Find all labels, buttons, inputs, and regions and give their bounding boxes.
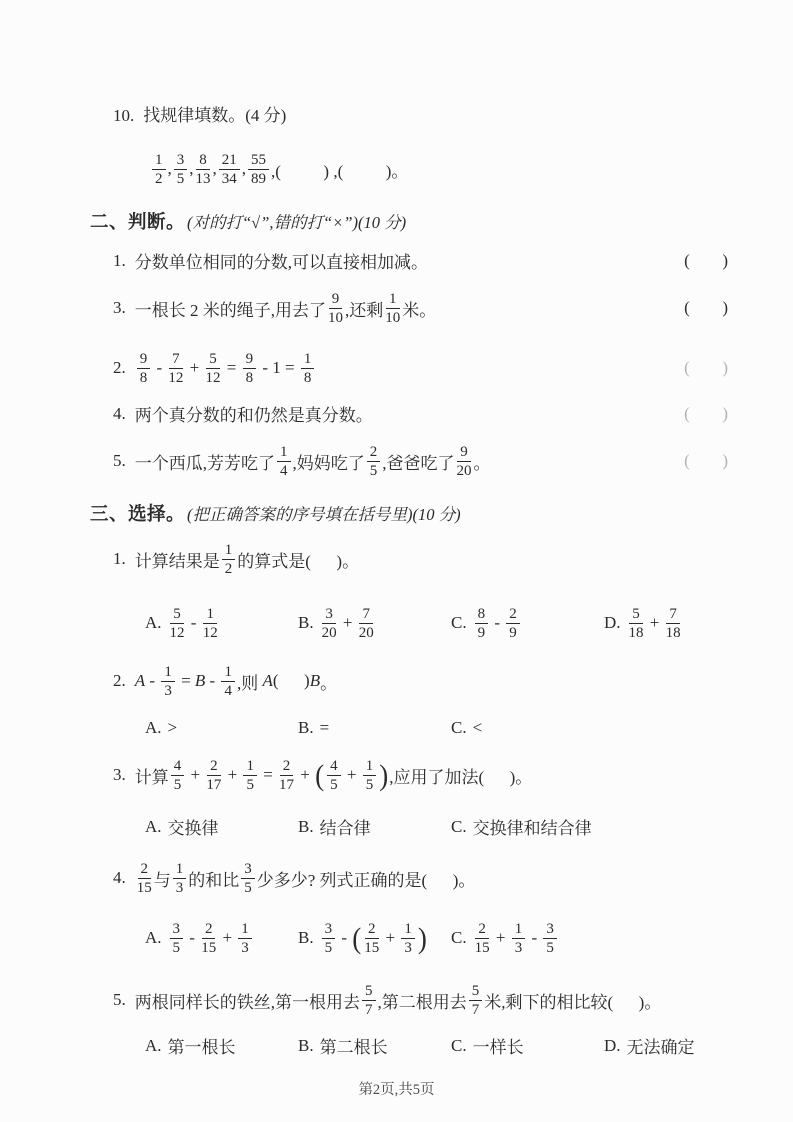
option-a-value: 512 - 112 — [168, 605, 220, 642]
judge-item-3: 3. 一根长 2 米的绳子,用去了910,还剩110米。 ( ) — [0, 285, 793, 331]
option-c: C. < — [451, 718, 482, 738]
question-10-title: 找规律填数。(4 分) — [143, 101, 286, 126]
choice-question-5-number: 5. — [113, 990, 126, 1010]
big-paren: ( — [352, 923, 361, 953]
math-text: 与 — [154, 866, 171, 891]
section-choice-title: 三、选择。 — [90, 500, 185, 526]
choice-question-2: 2. A - 13 = B - 14,则 A( )B。 — [0, 658, 793, 704]
fraction: 12 — [222, 542, 236, 578]
math-text: + — [218, 928, 236, 948]
math-text: 米。 — [402, 296, 436, 321]
judge-item-1-text: 分数单位相同的分数,可以直接相加减。 — [135, 248, 428, 273]
judge-item-2: 2. 98 - 712 + 512 = 98 - 1 = 18 ( ) — [0, 345, 793, 391]
option-a-value: 35 - 215 + 13 — [168, 920, 254, 957]
option-d-label: D. — [604, 613, 621, 633]
math-text: 交换律和结合律 — [473, 814, 592, 839]
choice-question-2-number: 2. — [113, 671, 126, 691]
math-text: ,第二根用去 — [378, 988, 467, 1013]
math-text: 两根同样长的铁丝,第一根用去 — [135, 988, 360, 1013]
fraction: 18 — [301, 351, 315, 387]
option-b-label: B. — [298, 1036, 314, 1056]
judge-item-1: 1. 分数单位相同的分数,可以直接相加减。 ( ) — [0, 248, 793, 273]
fraction: 112 — [203, 606, 218, 642]
choice-question-3-options: A. 交换律 B. 结合律 C. 交换律和结合律 — [0, 814, 793, 839]
answer-bracket: ( ) — [684, 298, 729, 318]
math-text: - — [187, 613, 201, 633]
option-c-label: C. — [451, 718, 467, 738]
math-text: 。 — [320, 669, 337, 694]
exam-paper-page: 10. 找规律填数。(4 分) 12,35,813,2134,5589,( ) … — [0, 0, 793, 1122]
option-d-value: 518 + 718 — [627, 605, 683, 642]
option-d: D. 无法确定 — [604, 1033, 695, 1058]
option-c: C. 一样长 — [451, 1033, 604, 1058]
fraction: 215 — [201, 921, 216, 957]
choice-question-3: 3. 计算45 + 217 + 15 = 217 + (45 + 15),应用了… — [0, 752, 793, 798]
option-a-value: 交换律 — [168, 814, 219, 839]
answer-bracket: ( ) — [684, 404, 729, 424]
fraction: 712 — [168, 351, 183, 387]
fraction: 512 — [206, 351, 221, 387]
fraction: 217 — [206, 758, 221, 794]
option-a-value: > — [168, 718, 178, 738]
option-c-label: C. — [451, 928, 467, 948]
big-paren: ) — [379, 760, 388, 790]
fraction: 15 — [243, 758, 257, 794]
math-text: 计算结果是 — [135, 547, 220, 572]
fraction: 910 — [328, 291, 343, 327]
question-10-number: 10. — [113, 106, 134, 126]
math-text: - — [152, 358, 166, 378]
math-text: 的和比 — [188, 866, 239, 891]
choice-question-1-options: A. 512 - 112 B. 320 + 720 C. 89 - 29 D. … — [0, 600, 793, 646]
answer-bracket: ( ) — [684, 451, 729, 471]
math-text: > — [168, 718, 178, 738]
option-b-value: 第二根长 — [320, 1033, 388, 1058]
section-judge-title: 二、判断。 — [90, 208, 185, 234]
choice-question-2-text: A - 13 = B - 14,则 A( )B。 — [135, 663, 337, 700]
option-b: B. 结合律 — [298, 814, 451, 839]
option-a: A. 交换律 — [145, 814, 298, 839]
option-d-value: 无法确定 — [627, 1033, 695, 1058]
fraction: 718 — [666, 606, 681, 642]
big-paren: ) — [418, 923, 427, 953]
choice-question-5-text: 两根同样长的铁丝,第一根用去57,第二根用去57米,剩下的相比较( )。 — [135, 982, 662, 1019]
fraction: 720 — [359, 606, 374, 642]
option-c: C. 89 - 29 — [451, 605, 604, 642]
math-text: - — [527, 928, 541, 948]
math-text: ,应用了加法( )。 — [389, 763, 532, 788]
fraction: 98 — [137, 351, 151, 387]
choice-question-1-number: 1. — [113, 549, 126, 569]
fraction: 215 — [364, 921, 379, 957]
math-text: + — [381, 928, 399, 948]
choice-question-4-number: 4. — [113, 868, 126, 888]
math-text: 少多少? 列式正确的是( )。 — [257, 866, 476, 891]
math-text: , — [242, 159, 246, 179]
option-d-label: D. — [604, 1036, 621, 1056]
option-b-value: 结合律 — [320, 814, 371, 839]
math-text: - 1 = — [258, 358, 299, 378]
fraction: 320 — [322, 606, 337, 642]
option-b-label: B. — [298, 928, 314, 948]
judge-item-5-text: 一个西瓜,芳芳吃了14,妈妈吃了25,爸爸吃了920。 — [135, 443, 491, 480]
fraction: 14 — [221, 664, 235, 700]
math-text: 第二根长 — [320, 1033, 388, 1058]
section-choice-note: (把正确答案的序号填在括号里)(10 分) — [187, 501, 461, 525]
choice-question-1-text: 计算结果是12的算式是( )。 — [135, 541, 359, 578]
fraction: 215 — [137, 861, 152, 897]
answer-bracket: ( ) — [684, 358, 729, 378]
math-variable: B — [310, 671, 320, 691]
math-text: 第一根长 — [168, 1033, 236, 1058]
math-text: - — [205, 671, 219, 691]
math-text: + — [296, 765, 314, 785]
math-text: 两个真分数的和仍然是真分数。 — [135, 401, 373, 426]
math-text: 计算 — [135, 763, 169, 788]
choice-question-1: 1. 计算结果是12的算式是( )。 — [0, 536, 793, 582]
math-text: + — [492, 928, 510, 948]
fraction: 57 — [469, 983, 483, 1019]
option-a-label: A. — [145, 928, 162, 948]
fraction: 12 — [152, 152, 166, 188]
judge-item-2-number: 2. — [113, 358, 126, 378]
fraction: 518 — [629, 606, 644, 642]
math-text: 交换律 — [168, 814, 219, 839]
option-c-value: 89 - 29 — [473, 605, 522, 642]
fraction: 45 — [171, 758, 185, 794]
fraction: 13 — [401, 921, 415, 957]
fraction: 35 — [322, 921, 336, 957]
math-variable: A — [135, 671, 145, 691]
fraction: 813 — [196, 152, 211, 188]
judge-item-4: 4. 两个真分数的和仍然是真分数。 ( ) — [0, 401, 793, 426]
math-text: - — [145, 671, 159, 691]
section-judge-note: (对的打“√”,错的打“×”)(10 分) — [187, 209, 406, 233]
option-c: C. 交换律和结合律 — [451, 814, 592, 839]
judge-item-4-text: 两个真分数的和仍然是真分数。 — [135, 401, 373, 426]
judge-item-5: 5. 一个西瓜,芳芳吃了14,妈妈吃了25,爸爸吃了920。 ( ) — [0, 438, 793, 484]
math-variable: B — [195, 671, 205, 691]
fraction: 2134 — [219, 152, 240, 188]
option-c-label: C. — [451, 613, 467, 633]
math-text: + — [186, 765, 204, 785]
section-choice-header: 三、选择。 (把正确答案的序号填在括号里)(10 分) — [0, 500, 793, 526]
option-b-value: 320 + 720 — [320, 605, 376, 642]
question-10-sequence: 12,35,813,2134,5589,( ) ,( )。 — [0, 146, 793, 192]
fraction: 15 — [363, 758, 377, 794]
fraction: 29 — [506, 606, 520, 642]
judge-item-5-number: 5. — [113, 451, 126, 471]
math-text: + — [223, 765, 241, 785]
fraction: 512 — [170, 606, 185, 642]
choice-question-2-options: A. > B. = C. < — [0, 716, 793, 740]
choice-question-5-options: A. 第一根长 B. 第二根长 C. 一样长 D. 无法确定 — [0, 1033, 793, 1058]
option-a-label: A. — [145, 817, 162, 837]
math-text: - — [337, 928, 351, 948]
answer-bracket: ( ) — [684, 251, 729, 271]
judge-item-1-number: 1. — [113, 251, 126, 271]
option-c-value: 一样长 — [473, 1033, 524, 1058]
fraction: 35 — [170, 921, 184, 957]
fraction: 13 — [161, 664, 175, 700]
option-c-value: < — [473, 718, 483, 738]
fraction: 14 — [277, 444, 291, 480]
option-a-label: A. — [145, 718, 162, 738]
option-c-value: 交换律和结合律 — [473, 814, 592, 839]
option-b: B. 320 + 720 — [298, 605, 451, 642]
fraction: 13 — [173, 861, 187, 897]
math-text: + — [185, 358, 203, 378]
option-b-label: B. — [298, 817, 314, 837]
math-text: 无法确定 — [627, 1033, 695, 1058]
math-text: ,爸爸吃了 — [382, 449, 454, 474]
fraction: 35 — [241, 861, 255, 897]
math-text: , — [213, 159, 217, 179]
choice-question-3-number: 3. — [113, 765, 126, 785]
math-text: + — [646, 613, 664, 633]
judge-item-3-number: 3. — [113, 298, 126, 318]
option-d: D. 518 + 718 — [604, 605, 683, 642]
math-text: 的算式是( )。 — [237, 547, 359, 572]
fraction: 13 — [238, 921, 252, 957]
option-c: C. 215 + 13 - 35 — [451, 920, 559, 957]
fraction: 57 — [362, 983, 376, 1019]
choice-question-4: 4. 215与13的和比35少多少? 列式正确的是( )。 — [0, 855, 793, 901]
fraction: 35 — [543, 921, 557, 957]
judge-item-3-text: 一根长 2 米的绳子,用去了910,还剩110米。 — [135, 290, 437, 327]
math-text: , — [189, 159, 193, 179]
math-text: = — [223, 358, 241, 378]
fraction: 45 — [327, 758, 341, 794]
math-text: - — [185, 928, 199, 948]
option-c-value: 215 + 13 - 35 — [473, 920, 559, 957]
math-text: ,还剩 — [345, 296, 383, 321]
option-b-label: B. — [298, 718, 314, 738]
math-text: < — [473, 718, 483, 738]
option-b-value: 35 - (215 + 13) — [320, 920, 428, 957]
math-text: = — [320, 718, 330, 738]
math-text: ,妈妈吃了 — [293, 449, 365, 474]
fraction: 920 — [457, 444, 472, 480]
option-a-label: A. — [145, 1036, 162, 1056]
choice-question-3-text: 计算45 + 217 + 15 = 217 + (45 + 15),应用了加法(… — [135, 757, 533, 794]
math-variable: A — [262, 671, 272, 691]
fraction: 89 — [475, 606, 489, 642]
judge-item-2-equation: 98 - 712 + 512 = 98 - 1 = 18 — [135, 350, 317, 387]
fraction: 98 — [243, 351, 257, 387]
option-b: B. = — [298, 718, 451, 738]
option-a-label: A. — [145, 613, 162, 633]
big-paren: ( — [315, 760, 324, 790]
fraction: 35 — [174, 152, 188, 188]
math-text: + — [343, 765, 361, 785]
section-judge-header: 二、判断。 (对的打“√”,错的打“×”)(10 分) — [0, 208, 793, 234]
math-text: 米,剩下的相比较( )。 — [484, 988, 661, 1013]
fraction-sequence: 12,35,813,2134,5589,( ) ,( )。 — [150, 151, 408, 188]
option-b-label: B. — [298, 613, 314, 633]
option-a: A. > — [145, 718, 298, 738]
option-a: A. 35 - 215 + 13 — [145, 920, 298, 957]
option-b: B. 第二根长 — [298, 1033, 451, 1058]
option-a: A. 512 - 112 — [145, 605, 298, 642]
choice-question-4-text: 215与13的和比35少多少? 列式正确的是( )。 — [135, 860, 476, 897]
fraction: 13 — [512, 921, 526, 957]
option-b: B. 35 - (215 + 13) — [298, 920, 451, 957]
math-text: ,则 — [237, 669, 263, 694]
fraction: 110 — [385, 291, 400, 327]
math-text: , — [168, 159, 172, 179]
question-10: 10. 找规律填数。(4 分) — [0, 0, 793, 126]
judge-item-4-number: 4. — [113, 404, 126, 424]
option-a: A. 第一根长 — [145, 1033, 298, 1058]
math-text: = — [177, 671, 195, 691]
math-text: ( ) — [273, 671, 310, 691]
fraction: 215 — [475, 921, 490, 957]
math-text: 一个西瓜,芳芳吃了 — [135, 449, 275, 474]
math-text: ,( ) ,( )。 — [271, 157, 408, 182]
math-text: - — [490, 613, 504, 633]
choice-question-4-options: A. 35 - 215 + 13 B. 35 - (215 + 13) C. 2… — [0, 915, 793, 961]
page-footer: 第2页,共5页 — [0, 1078, 793, 1099]
math-text: 。 — [474, 449, 491, 474]
math-text: 结合律 — [320, 814, 371, 839]
math-text: = — [259, 765, 277, 785]
option-a-value: 第一根长 — [168, 1033, 236, 1058]
math-text: 分数单位相同的分数,可以直接相加减。 — [135, 248, 428, 273]
option-b-value: = — [320, 718, 330, 738]
fraction: 25 — [367, 444, 381, 480]
math-text: 一样长 — [473, 1033, 524, 1058]
fraction: 217 — [279, 758, 294, 794]
fraction: 5589 — [248, 152, 269, 188]
math-text: 一根长 2 米的绳子,用去了 — [135, 296, 326, 321]
option-c-label: C. — [451, 1036, 467, 1056]
math-text: + — [339, 613, 357, 633]
option-c-label: C. — [451, 817, 467, 837]
choice-question-5: 5. 两根同样长的铁丝,第一根用去57,第二根用去57米,剩下的相比较( )。 — [0, 977, 793, 1023]
